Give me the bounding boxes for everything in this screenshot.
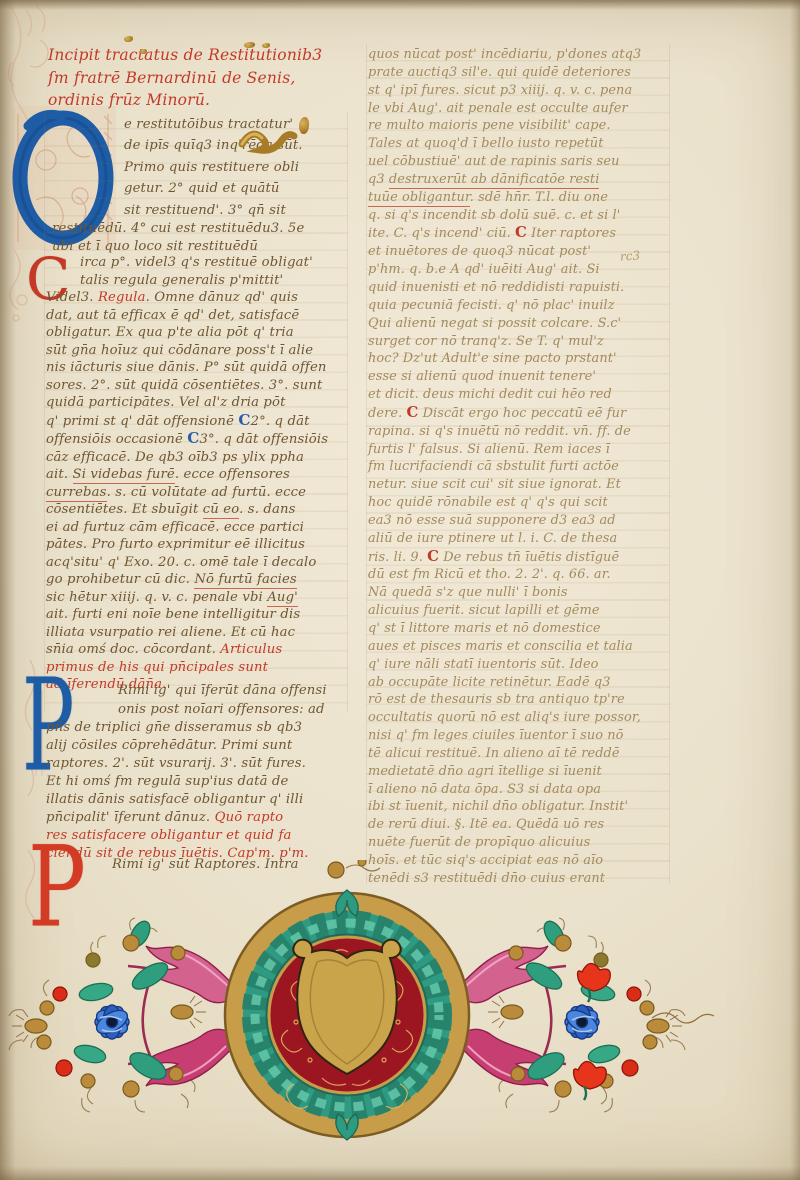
text-line: quidā participātes. Vel al'z dria pōt [46,394,348,412]
text-line: ordinis frūz Minorū. [48,89,348,112]
text-line: e restitutōibus tractatur' [124,114,348,135]
text-line: rō est de thesauris sb tra antiquo tp're [368,691,670,709]
text-line: tuūe obligantur. sdē hn̄r. T.l. diu one [368,189,670,207]
text-line: sn̄ia omś doc. cōcordant. Articulus [46,641,348,659]
text-line: acq'situ' q' Exo. 20. c. omē tale ī deca… [46,554,348,572]
text-line: esse si alienū quod inuenit tenere' [368,368,670,386]
text-line: illatis dānis satisfacē obligantur q' il… [46,791,348,809]
right-floral-spray [456,918,685,1112]
text-line: de ipīs quīq3 inq'rēda sūt. [124,135,348,156]
text-line: uel cōbustiuē' aut de rapinis saris seu [368,153,670,171]
text-line: irca p°. videl3 q's restituē obligat' [80,254,350,272]
text-line: Videl3. Regula. Omne dānuz qd' quis [46,289,348,307]
text-line: ī alieno nō data ōpa. S3 si data opa [368,781,670,799]
text-line: pn̄cipalit' īferunt dānuz. Quō rapto [46,809,348,827]
text-line: quia pecuniā fecisti. q' nō plac' inuilz [368,297,670,315]
text-line: furtis l' falsus. Si alienū. Rem iaces ī [368,441,670,459]
right-column-text: quos nūcat post' incēdiariu, p'dones atq… [368,46,670,888]
text-line: aues et pisces maris et conscilia et tal… [368,638,670,656]
text-line: nis iācturis siue dānis. P° sūt quidā of… [46,359,348,377]
text-line: dū est fm Ricū et tho. 2. 2'. q. 66. ar. [368,566,670,584]
text-line: re multo maioris pene visibilit' cape. [368,117,670,135]
primi-paragraph-indent: Rimi ig' qui īferūt dāna offensionis pos… [118,682,350,719]
text-line: alicuius fuerit. sicut lapilli et gēme [368,602,670,620]
text-line: Nā quedā s'z que nulli' ī bonis [368,584,670,602]
text-line: illiata vsurpatio rei aliene. Et cū hac [46,624,348,642]
text-line: ite. C. q's incend' ciū. C Iter raptores [368,224,670,243]
text-line: de rerū diui. §. Itē ea. Quēdā uō res [368,816,670,834]
text-line: q' st ī littore maris et nō domestice [368,620,670,638]
text-line: st q' ipī fures. sicut p3 xiiij. q. v. c… [368,82,670,100]
text-line: Tales at quoq'd ī bello iusto repetūt [368,135,670,153]
text-line: sic hētur xiiij. q. v. c. penale vbi Aug… [46,589,348,607]
text-line: prate auctiq3 sil'e. qui quidē deteriore… [368,64,670,82]
text-line: ris. li. 9. C De rebus tn̄ īuētis distīg… [368,548,670,567]
text-line: alij cōsiles cōprehēdātur. Primi sunt [46,737,348,755]
text-line: le vbi Aug'. ait penale est occulte aufe… [368,100,670,118]
text-line: currebas. s. cū volūtate ad furtū. ecce [46,484,348,502]
text-line: Incipit tractatus de Restitutionib3 [48,44,348,67]
text-line: p'hm. q. b.e A qd' iuēiti Aug' ait. Si [368,261,670,279]
text-line: quos nūcat post' incēdiariu, p'dones atq… [368,46,670,64]
text-line: obligatur. Ex qua p'te alia pōt q' tria [46,324,348,342]
text-line: ei ad furtuz cām efficacē. ecce partici [46,519,348,537]
text-line: q. si q's incendit sb dolū suē. c. et si… [368,207,670,225]
left-floral-spray [9,918,238,1112]
text-line: dat, aut tā efficax ē qd' det, satisfacē [46,307,348,325]
text-line: talis regula generalis p'mittit' [80,272,350,290]
text-line: sores. 2°. sūt quidā cōsentiētes. 3°. su… [46,377,348,395]
circa-paragraph: Videl3. Regula. Omne dānuz qd' quisdat, … [46,289,348,694]
marginal-note: rc3 [620,248,641,263]
text-line: primus de his qui pn̄cipales sunt [46,659,348,677]
text-line: nisi q' fm leges ciuiles īuentor ī suo n… [368,727,670,745]
text-line: ea3 nō esse suā supponere d3 ea3 ad [368,512,670,530]
text-line: onis post noīari offensores: ad [118,701,350,720]
opening-paragraph: restituēdū. 4° cui est restituēdu3. 5eub… [52,220,352,256]
incipit-rubric: Incipit tractatus de Restitutionib3ſm fr… [48,44,348,112]
text-line: res satisfacere obligantur et quid fa [46,827,348,845]
text-line: cāz efficacē. De qb3 oīb3 ps ylix ppha [46,449,348,467]
text-line: sūt gn̄a hoīuz qui cōdānare poss't ī ali… [46,342,348,360]
text-line: ab occupāte licite retinētur. Eadē q3 [368,674,670,692]
text-line: offensiōis occasionē C3°. q dāt offensiō… [46,430,348,449]
text-line: go prohibetur cū dic. Nō furtū facies [46,571,348,589]
gold-bezant [328,860,380,878]
text-line: quid inuenisti et nō reddidisti rapuisti… [368,279,670,297]
wreath-medallion [225,890,469,1140]
opening-paragraph-indent: e restitutōibus tractatur'de ipīs quīq3 … [124,114,348,221]
text-line: fm lucrifaciendi cā sbstulit furti actōe [368,458,670,476]
text-line: Et hi omś fm regulā sup'ius datā de [46,773,348,791]
gold-flourish [238,124,298,154]
text-line: et dicit. deus michi dedit cui hēo red [368,386,670,404]
text-line: Primo quis restituere obli [124,157,348,178]
text-line: ait. furti eni noīe bene intelligitur di… [46,606,348,624]
text-line: cōsentiētes. Et sbuīgit cū eo. s. dans [46,501,348,519]
text-line: hoc quidē rōnabile est q' q's qui scit [368,494,670,512]
text-line: ait. Si videbas furē. ecce offensores [46,466,348,484]
text-line: hoc? Dz'ut Adult'e sine pacto prstant' [368,350,670,368]
text-line: q' iure nāli statī iuentoris sūt. Ideo [368,656,670,674]
text-line: q' primi st q' dāt offensionē C2°. q dāt [46,412,348,431]
text-line: pn̄s de triplici gn̄e disseramus sb qb3 [46,719,348,737]
text-line: occultatis quorū nō est aliq's iure poss… [368,709,670,727]
text-line: dere. C Discāt ergo hoc peccatū eē fur [368,404,670,423]
text-line: restituēdū. 4° cui est restituēdu3. 5e [52,220,352,238]
text-line: Rimi ig' qui īferūt dāna offensi [118,682,350,701]
text-line: raptores. 2'. sūt vsurarij. 3'. sūt fure… [46,755,348,773]
text-line: q3 destruxerūt ab dānificatōe resti [368,171,670,189]
text-line: surget cor nō tranq'z. Se T. q' mul'z [368,333,670,351]
bas-de-page-illumination [0,860,800,1180]
primi-paragraph: pn̄s de triplici gn̄e disseramus sb qb3a… [46,719,348,863]
text-line: nuēte fuerūt de propīquo alicuius [368,834,670,852]
text-line: aliū de iure ptinere ut l. i. C. de thes… [368,530,670,548]
text-line: ſm fratrē Bernardinū de Senis, [48,67,348,90]
circa-paragraph-indent: irca p°. videl3 q's restituē obligat'tal… [80,254,350,289]
text-line: medietatē dn̄o agri ītellige si īuenit [368,763,670,781]
text-line: tē alicui restituē. In alieno aī tē redd… [368,745,670,763]
text-line: rapina. si q's inuētū nō reddit. vn̄. ff… [368,423,670,441]
text-line: sit restituend'. 3° qn̄ sit [124,200,348,221]
text-line: netur. siue scit cui' sit siue ignorat. … [368,476,670,494]
text-line: pātes. Pro furto exprimitur eē illicitus [46,536,348,554]
manuscript-page: Incipit tractatus de Restitutionib3ſm fr… [0,0,800,1180]
text-line: getur. 2° quid et quātū [124,178,348,199]
text-line: ibi st īuenit, nichil dn̄o obligatur. In… [368,798,670,816]
text-line: Qui alienū negat si possit colcare. S.c' [368,315,670,333]
